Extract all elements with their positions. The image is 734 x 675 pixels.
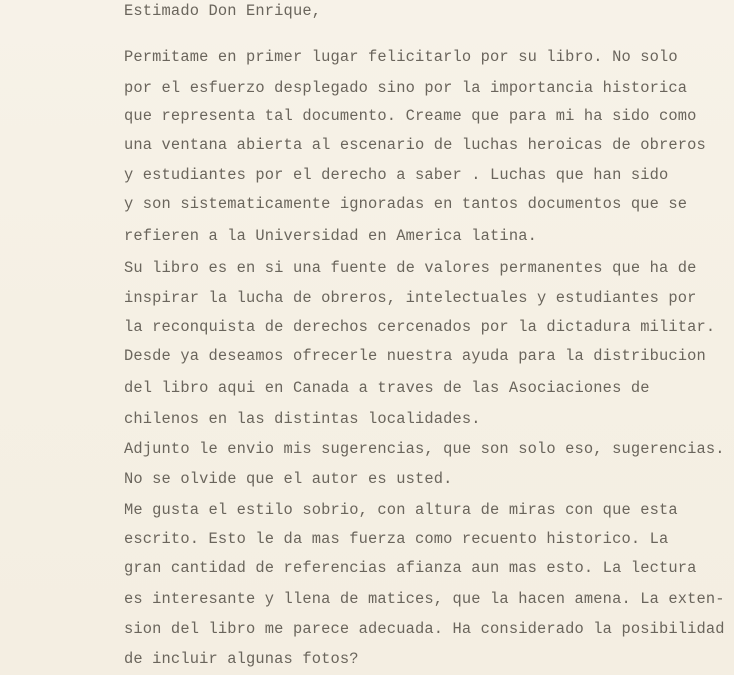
letter-line: sion del libro me parece adecuada. Ha co… [124, 622, 725, 637]
letter-line: Adjunto le envio mis sugerencias, que so… [124, 442, 725, 457]
letter-line: escrito. Esto le da mas fuerza como recu… [124, 532, 668, 547]
letter-line: la reconquista de derechos cercenados po… [124, 320, 715, 335]
letter-line: Su libro es en si una fuente de valores … [124, 261, 697, 276]
typewritten-letter-page: Estimado Don Enrique, Permitame en prime… [0, 0, 734, 675]
letter-line: por el esfuerzo desplegado sino por la i… [124, 81, 687, 96]
letter-line: inspirar la lucha de obreros, intelectua… [124, 291, 697, 306]
letter-line: es interesante y llena de matices, que l… [124, 592, 725, 607]
letter-line: refieren a la Universidad en America lat… [124, 229, 537, 244]
letter-line: Desde ya deseamos ofrecerle nuestra ayud… [124, 349, 706, 364]
letter-line: del libro aqui en Canada a traves de las… [124, 381, 650, 396]
letter-line: gran cantidad de referencias afianza aun… [124, 561, 697, 576]
letter-line: chilenos en las distintas localidades. [124, 412, 481, 427]
letter-line: Permitame en primer lugar felicitarlo po… [124, 50, 678, 65]
letter-salutation: Estimado Don Enrique, [124, 4, 321, 19]
letter-line: y son sistematicamente ignoradas en tant… [124, 197, 687, 212]
letter-line: y estudiantes por el derecho a saber . L… [124, 168, 668, 183]
letter-line: que representa tal documento. Creame que… [124, 109, 697, 124]
letter-line: de incluir algunas fotos? [124, 652, 359, 667]
letter-line: una ventana abierta al escenario de luch… [124, 138, 706, 153]
letter-line: Me gusta el estilo sobrio, con altura de… [124, 503, 678, 518]
letter-line: No se olvide que el autor es usted. [124, 472, 453, 487]
